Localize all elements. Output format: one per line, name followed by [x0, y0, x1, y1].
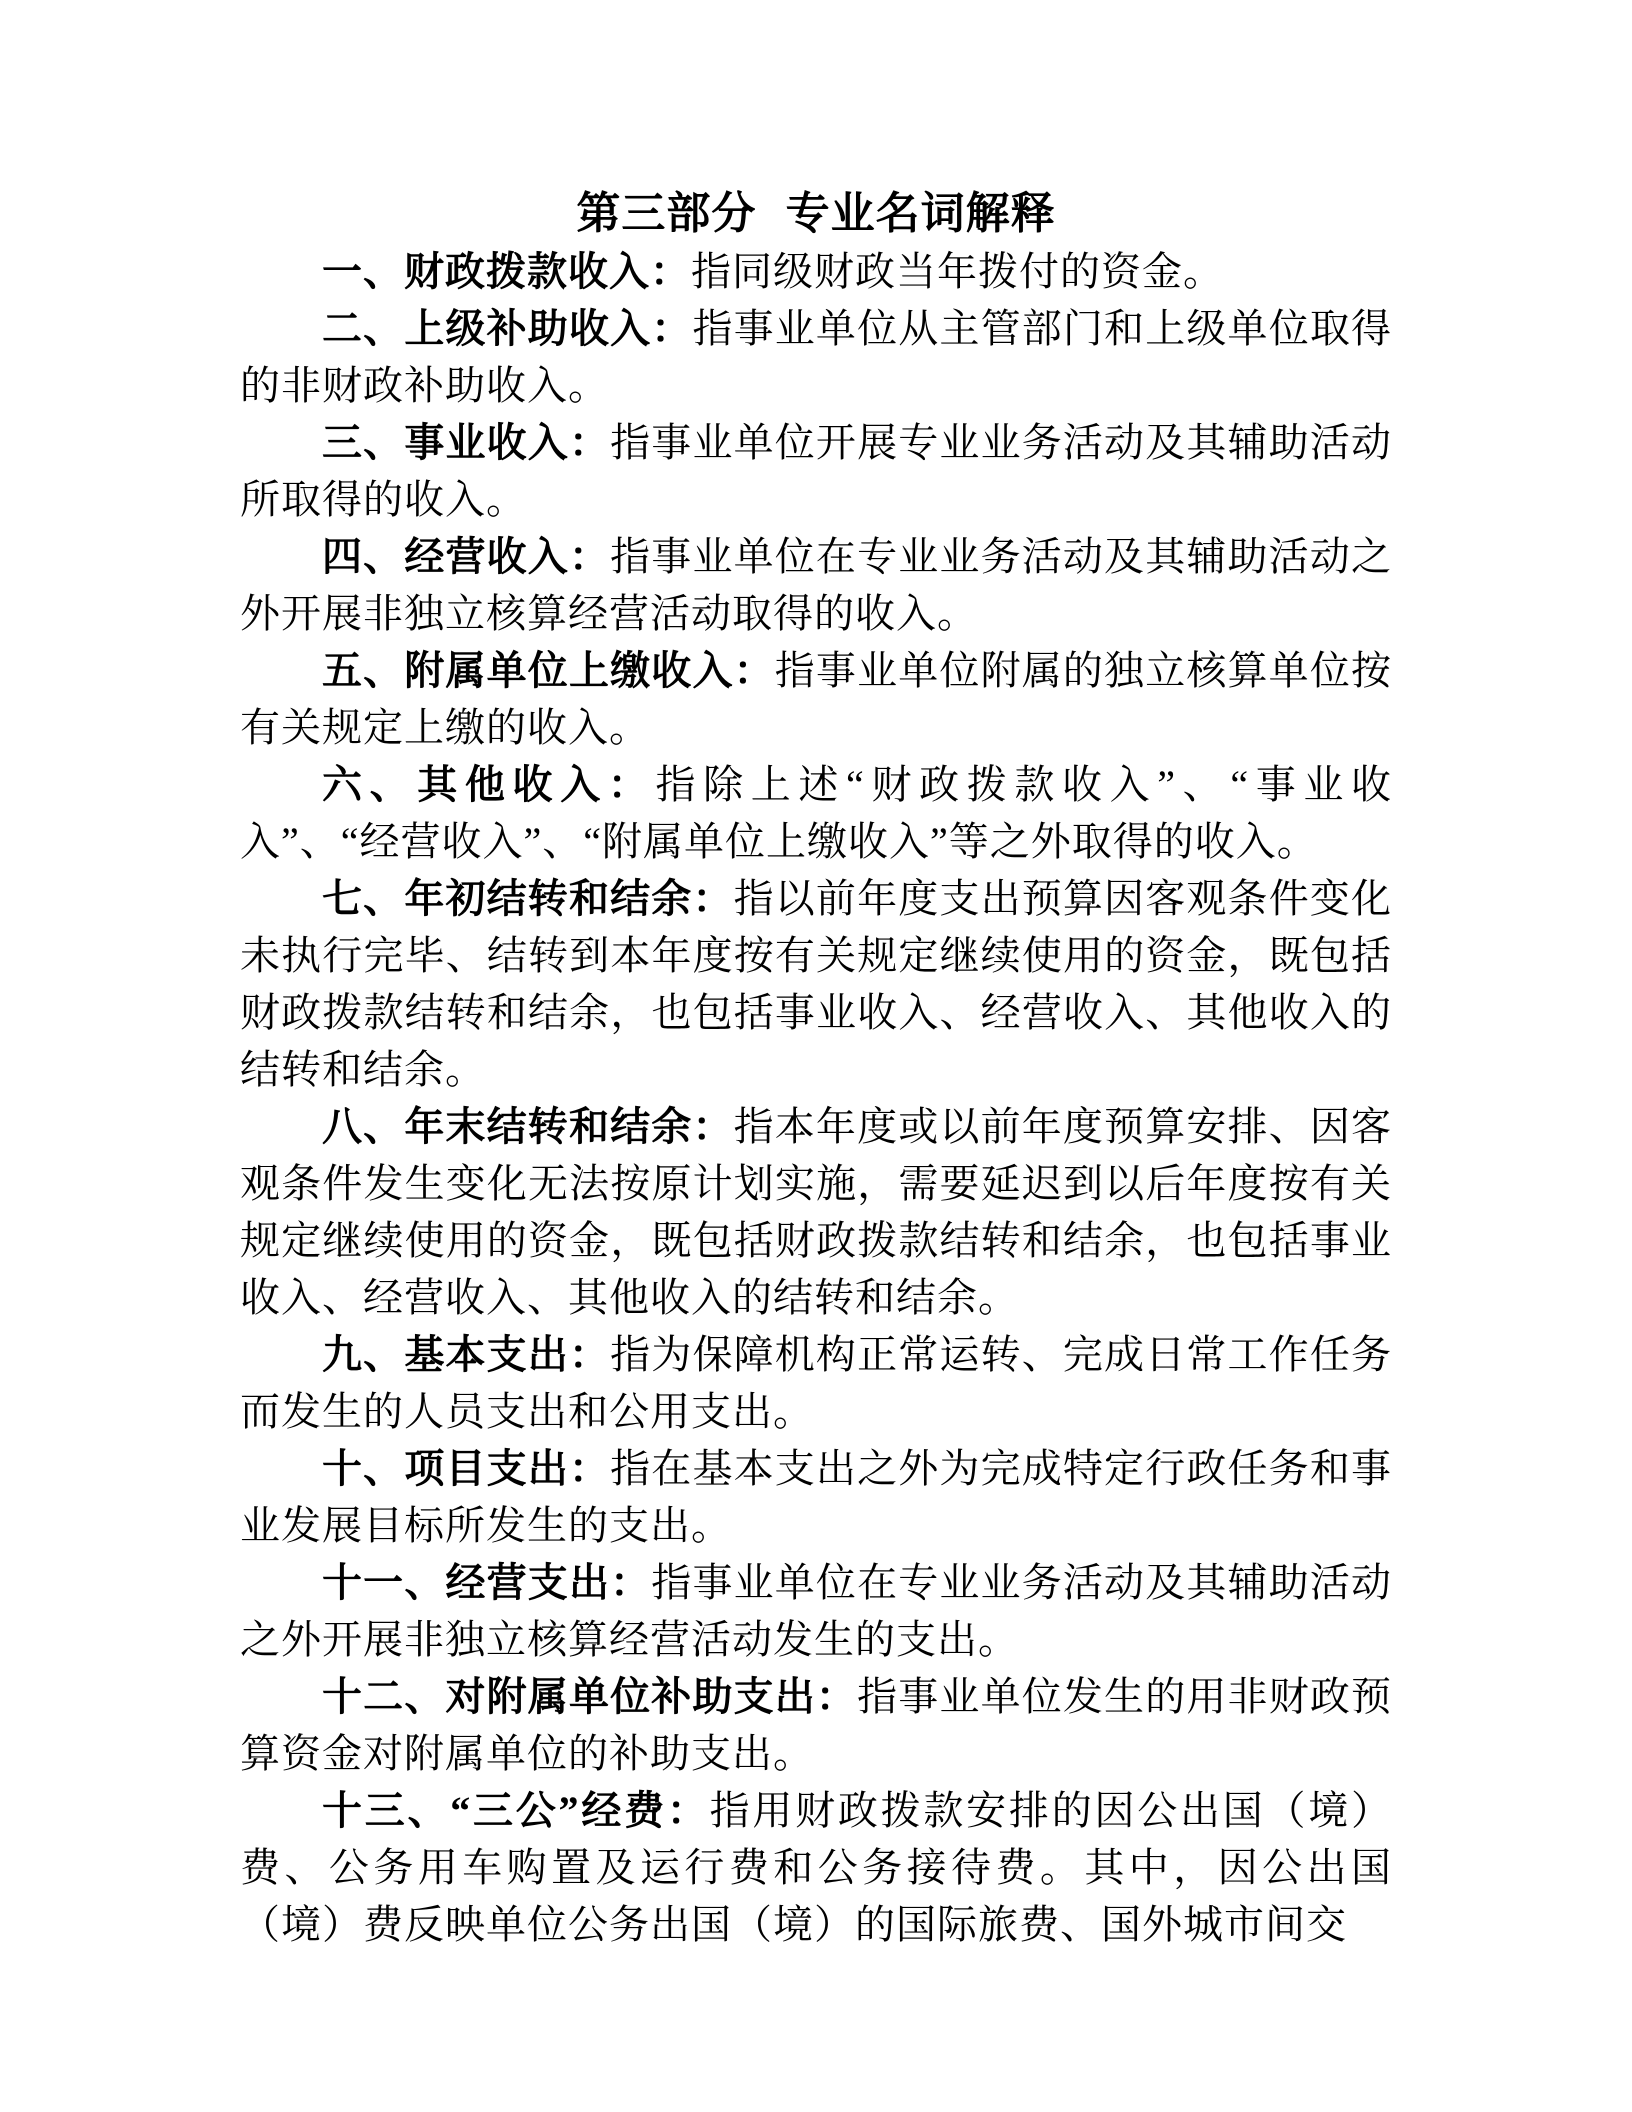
term-label: 十、项目支出：: [322, 1446, 610, 1491]
term-label: 六、其他收入：: [322, 762, 655, 807]
term-label: 十一、经营支出：: [322, 1560, 651, 1605]
term-label: 八、年末结转和结余：: [322, 1104, 734, 1149]
definition-paragraph: 五、附属单位上缴收入：指事业单位附属的独立核算单位按有关规定上缴的收入。: [240, 642, 1392, 756]
term-label: 七、年初结转和结余：: [322, 876, 734, 921]
definition-paragraph: 九、基本支出：指为保障机构正常运转、完成日常工作任务而发生的人员支出和公用支出。: [240, 1326, 1392, 1440]
term-label: 十二、对附属单位补助支出：: [322, 1674, 857, 1719]
definition-paragraph: 十、项目支出：指在基本支出之外为完成特定行政任务和事业发展目标所发生的支出。: [240, 1440, 1392, 1554]
term-label: 九、基本支出：: [322, 1332, 610, 1377]
term-label: 一、财政拨款收入：: [322, 249, 691, 294]
definition-paragraph: 三、事业收入：指事业单位开展专业业务活动及其辅助活动所取得的收入。: [240, 414, 1392, 528]
term-label: 二、上级补助收入：: [322, 306, 692, 351]
term-label: 十三、“三公”经费：: [322, 1788, 710, 1833]
term-definition: 指同级财政当年拨付的资金。: [691, 249, 1224, 294]
definition-paragraph: 四、经营收入：指事业单位在专业业务活动及其辅助活动之外开展非独立核算经营活动取得…: [240, 528, 1392, 642]
definition-paragraph: 八、年末结转和结余：指本年度或以前年度预算安排、因客观条件发生变化无法按原计划实…: [240, 1098, 1392, 1326]
definition-paragraph: 十三、“三公”经费：指用财政拨款安排的因公出国（境）费、公务用车购置及运行费和公…: [240, 1782, 1392, 1953]
definition-paragraph: 一、财政拨款收入：指同级财政当年拨付的资金。: [240, 243, 1392, 300]
definition-paragraph: 七、年初结转和结余：指以前年度支出预算因客观条件变化未执行完毕、结转到本年度按有…: [240, 870, 1392, 1098]
definition-paragraph: 十一、经营支出：指事业单位在专业业务活动及其辅助活动之外开展非独立核算经营活动发…: [240, 1554, 1392, 1668]
definition-paragraph: 十二、对附属单位补助支出：指事业单位发生的用非财政预算资金对附属单位的补助支出。: [240, 1668, 1392, 1782]
document-page: 第三部分 专业名词解释 一、财政拨款收入：指同级财政当年拨付的资金。 二、上级补…: [0, 0, 1632, 2112]
term-label: 五、附属单位上缴收入：: [322, 648, 775, 693]
term-label: 四、经营收入：: [322, 534, 610, 579]
definition-paragraph: 二、上级补助收入：指事业单位从主管部门和上级单位取得的非财政补助收入。: [240, 300, 1392, 414]
definition-paragraph: 六、其他收入：指除上述“财政拨款收入”、“事业收入”、“经营收入”、“附属单位上…: [240, 756, 1392, 870]
page-title: 第三部分 专业名词解释: [240, 185, 1392, 243]
term-label: 三、事业收入：: [322, 420, 610, 465]
